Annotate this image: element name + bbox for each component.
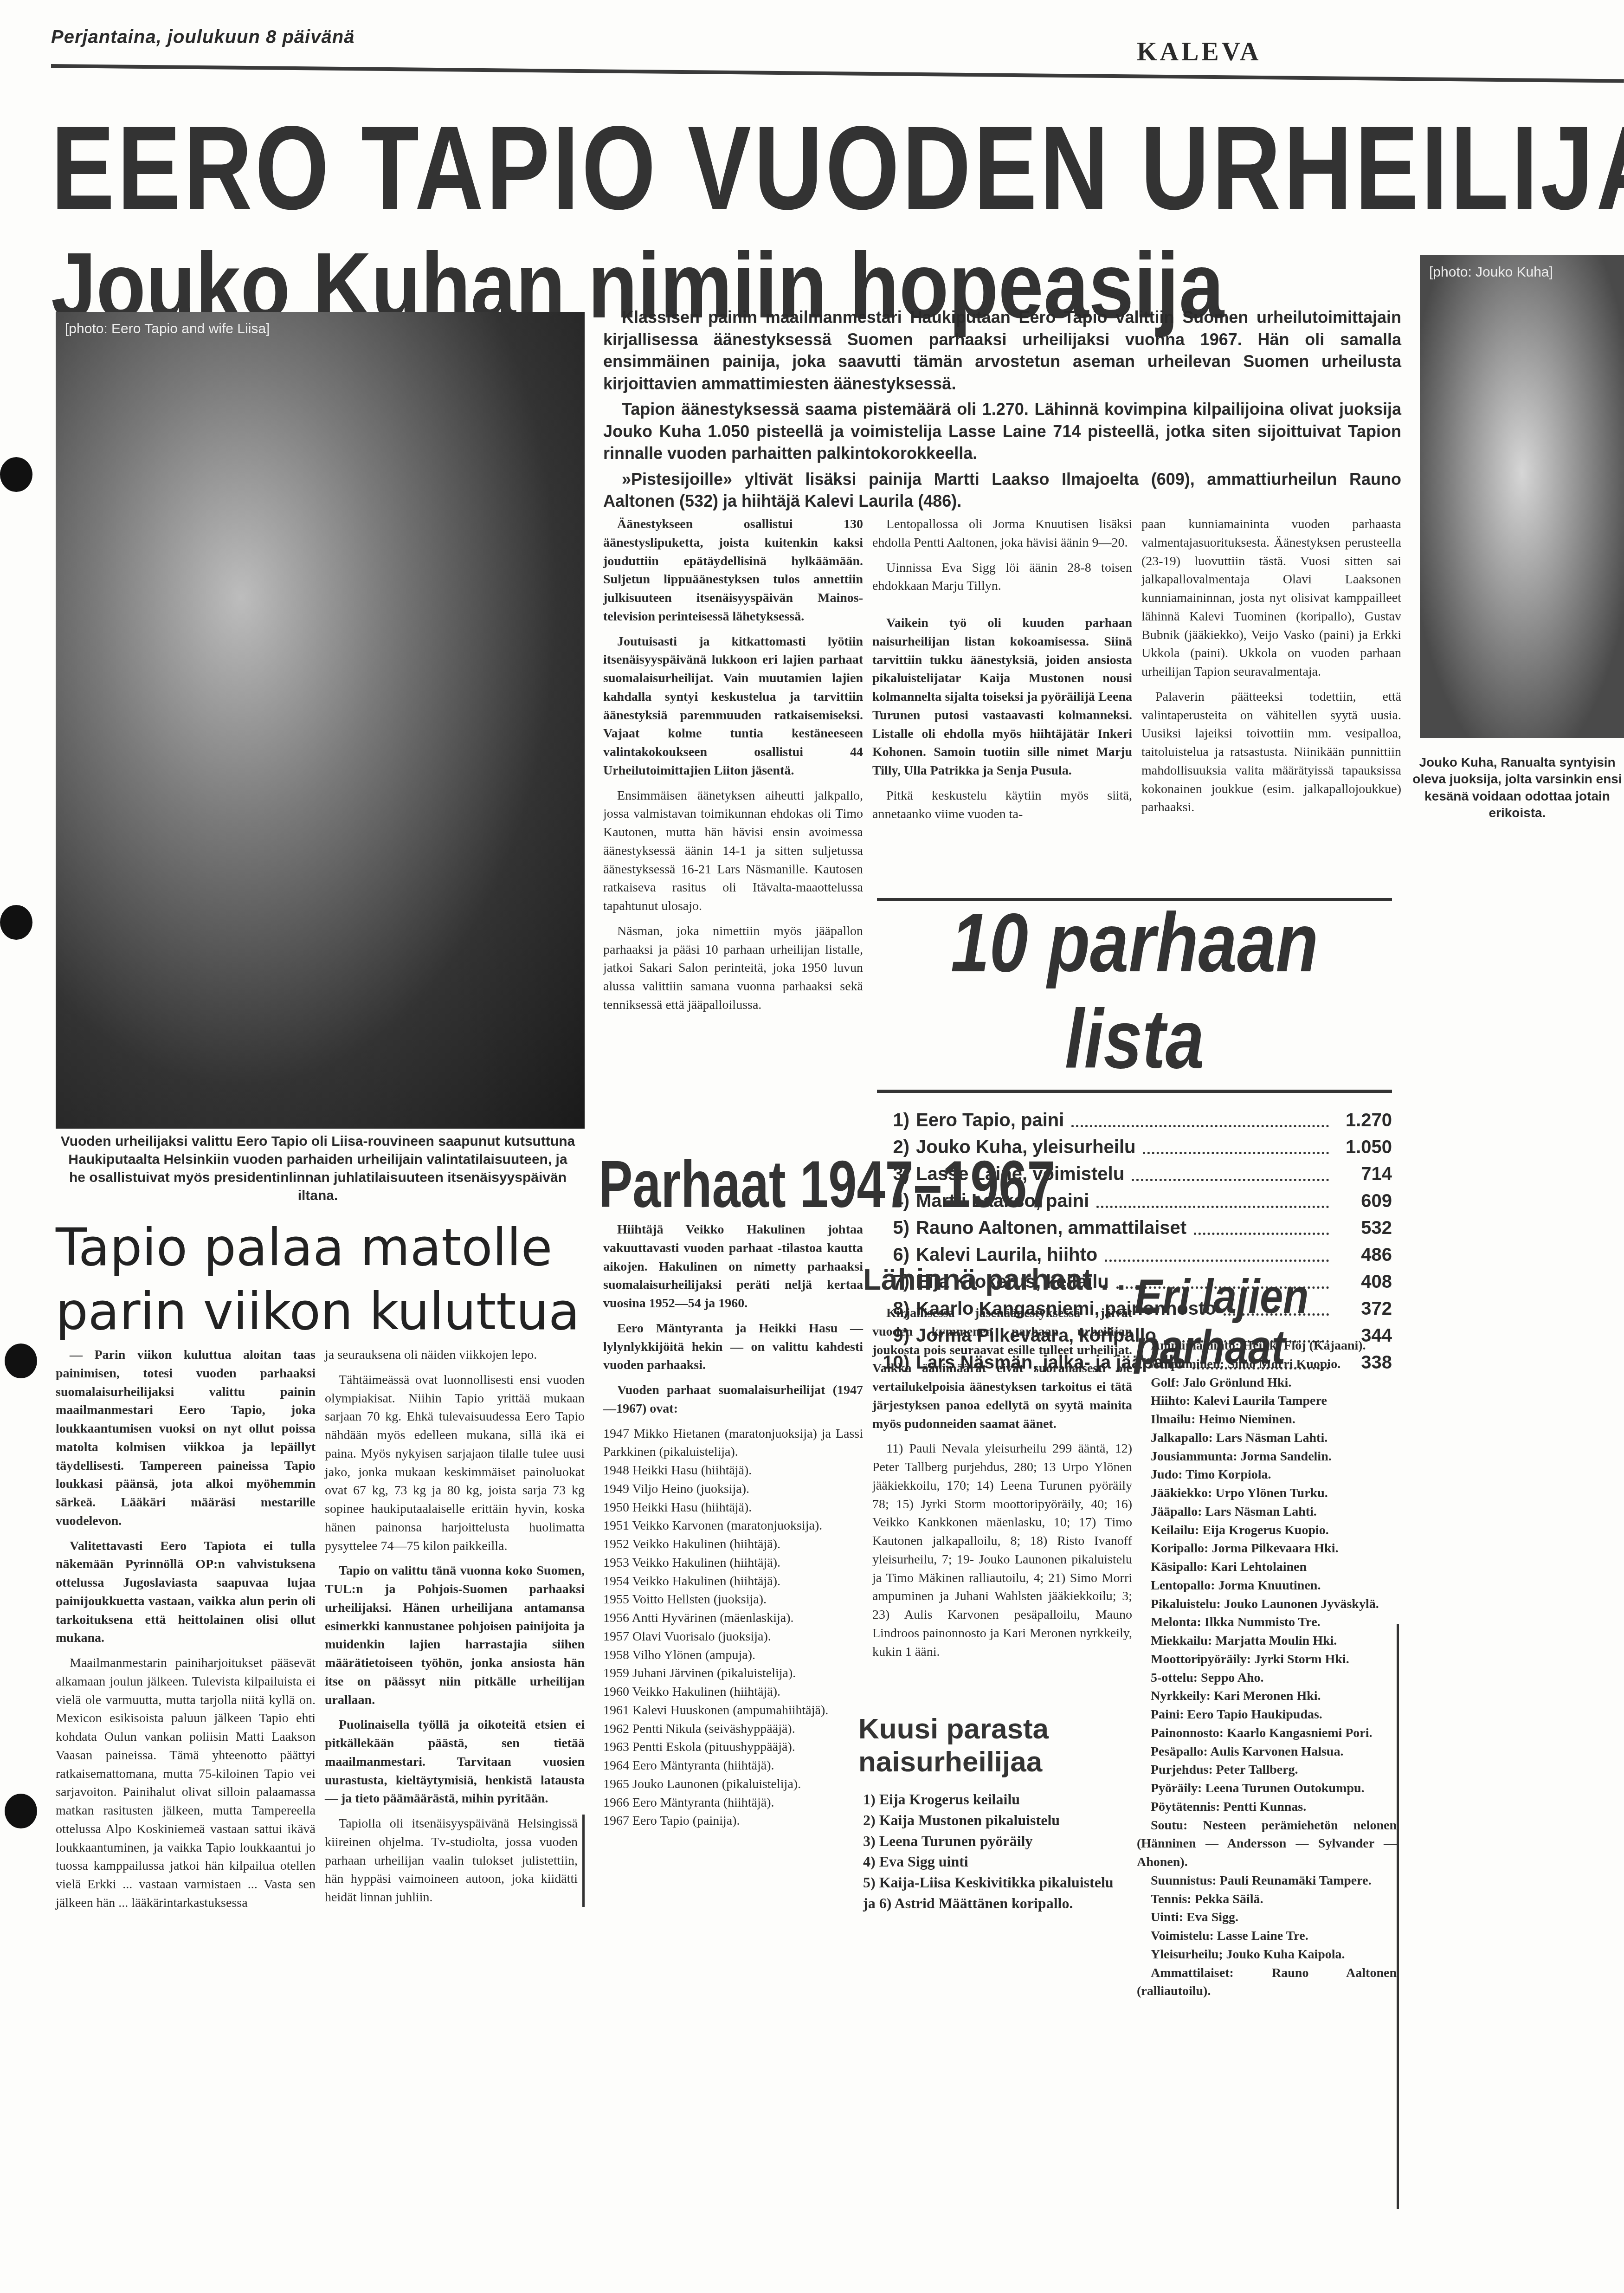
paragraph: Näsman, joka nimettiin myös jääpallon pa… (603, 922, 863, 1014)
list-item: Ampumahiihto: Heikki Flöj (Kajaani). (1137, 1337, 1397, 1355)
paragraph: Eero Mäntyranta ja Heikki Hasu — lylynly… (603, 1319, 863, 1375)
list-item: Paini: Eero Tapio Haukipudas. (1137, 1705, 1397, 1724)
list-item: Ammattilaiset: Rauno Aaltonen (ralliauto… (1137, 1964, 1397, 2001)
paragraph: Vuoden parhaat suomalaisurheilijat (1947… (603, 1381, 863, 1418)
year-list: 1947 Mikko Hietanen (maratonjuoksija) ja… (603, 1425, 863, 1831)
list-item: 3) Leena Turunen pyöräily (863, 1831, 1123, 1852)
body-column-3: paan kunniamaininta vuoden parhaasta val… (1141, 515, 1401, 823)
punch-hole (0, 457, 32, 492)
list-item: Jääpallo: Lars Näsman Lahti. (1137, 1503, 1397, 1521)
list-item: 1958 Vilho Ylönen (ampuja). (603, 1646, 863, 1665)
paragraph: Maailmanmestarin painiharjoitukset pääse… (56, 1654, 316, 1912)
paragraph: Äänestykseen osallistui 130 äänestyslipu… (603, 515, 863, 626)
list-item: Ilmailu: Heimo Nieminen. (1137, 1410, 1397, 1429)
lead-paragraph: Tapion äänestyksessä saama pistemäärä ol… (603, 398, 1401, 465)
article-headline: Tapio palaa matolle parin viikon kuluttu… (56, 1216, 580, 1344)
paragraph: ja seurauksena oli näiden viikkojen lepo… (325, 1346, 585, 1364)
list-item: Tennis: Pekka Säilä. (1137, 1890, 1397, 1909)
list-item: Miekkailu: Marjatta Moulin Hki. (1137, 1632, 1397, 1650)
list-item: Moottoripyöräily: Jyrki Storm Hki. (1137, 1650, 1397, 1669)
list-item: Jääkiekko: Urpo Ylönen Turku. (1137, 1484, 1397, 1503)
list-item: 1962 Pentti Nikula (seiväshyppääjä). (603, 1720, 863, 1738)
body-column-2: Lentopallossa oli Jorma Knuutisen lisäks… (872, 515, 1132, 830)
list-item: 1963 Pentti Eskola (pituushyppääjä). (603, 1738, 863, 1757)
women-list: 1) Eija Krogerus keilailu 2) Kaija Musto… (863, 1789, 1123, 1914)
body-column-1: Äänestykseen osallistui 130 äänestyslipu… (603, 515, 863, 1021)
top10-title: 10 parhaan lista (877, 894, 1392, 1087)
list-item: 1) Eija Krogerus keilailu (863, 1789, 1123, 1810)
paragraph: Uinnissa Eva Sigg löi äänin 28-8 toisen … (872, 559, 1132, 596)
list-item: 1955 Voitto Hellsten (juoksija). (603, 1590, 863, 1609)
list-item: Hiihto: Kalevi Laurila Tampere (1137, 1392, 1397, 1410)
list-item: Pöytätennis: Pentti Kunnas. (1137, 1798, 1397, 1816)
list-item: Ampuminen: Simo Morri Kuopio. (1137, 1355, 1397, 1374)
list-item: Jalkapallo: Lars Näsman Lahti. (1137, 1429, 1397, 1447)
list-item: Pesäpallo: Aulis Karvonen Halsua. (1137, 1743, 1397, 1761)
list-item: Soutu: Nesteen perämiehetön nelonen (Hän… (1137, 1816, 1397, 1872)
paragraph: Valitettavasti Eero Tapiota ei tulla näk… (56, 1537, 316, 1648)
list-item: 5) Kaija-Liisa Keskivitikka pikaluistelu… (863, 1872, 1123, 1914)
photo-jouko-kuha: [photo: Jouko Kuha] (1420, 255, 1624, 738)
lead-paragraph: »Pistesijoille» yltivät lisäksi painija … (603, 468, 1401, 512)
list-item: Keilailu: Eija Krogerus Kuopio. (1137, 1521, 1397, 1540)
list-item: 1)Eero Tapio, paini1.270 (877, 1107, 1392, 1134)
paragraph: Ensimmäisen äänetyksen aiheutti jalkpall… (603, 787, 863, 916)
list-item: Jousiammunta: Jorma Sandelin. (1137, 1447, 1397, 1466)
photo-main-label: [photo: Eero Tapio and wife Liisa] (56, 312, 585, 346)
paragraph: Puolinaisella työllä ja oikoteitä etsien… (325, 1716, 585, 1808)
column-rule (1397, 1624, 1399, 2209)
headline-line: Tapio palaa matolle (56, 1216, 580, 1280)
list-item: 1957 Olavi Vuorisalo (juoksija). (603, 1628, 863, 1646)
punch-hole (5, 1794, 37, 1828)
list-item: Suunnistus: Pauli Reunamäki Tampere. (1137, 1872, 1397, 1890)
section-title-parhaat: Parhaat 1947–1967 (599, 1146, 1056, 1223)
paragraph: Palaverin päätteeksi todettiin, että val… (1141, 688, 1401, 817)
eri-lajien-list: Ampumahiihto: Heikki Flöj (Kajaani). Amp… (1137, 1337, 1397, 2001)
boxed-paragraph: Tapiolla oli itsenäisyyspäivänä Helsingi… (325, 1815, 585, 1907)
paragraph: 11) Pauli Nevala yleisurheilu 299 ääntä,… (872, 1440, 1132, 1661)
lead-paragraph: Klassisen painin maailmanmestari Haukipu… (603, 306, 1401, 394)
paragraph: paan kunniamaininta vuoden parhaasta val… (1141, 515, 1401, 681)
paragraph: Vaikein työ oli kuuden parhaan naisurhei… (872, 614, 1132, 780)
punch-hole (0, 905, 32, 940)
punch-hole (5, 1344, 37, 1378)
dateline: Perjantaina, joulukuun 8 päivänä (51, 27, 354, 48)
photo-side-caption: Jouko Kuha, Ranualta syntyisin oleva juo… (1411, 754, 1624, 822)
list-item: Nyrkkeily: Kari Meronen Hki. (1137, 1687, 1397, 1705)
article-column-2: ja seurauksena oli näiden viikkojen lepo… (325, 1346, 585, 1913)
paragraph: Tähtäimeässä ovat luonnollisesti ensi vu… (325, 1371, 585, 1556)
paragraph: Tapio on valittu tänä vuonna koko Suomen… (325, 1562, 585, 1709)
paragraph: Kirjallisessa jäsenäänestyksessä jäivät … (872, 1304, 1132, 1433)
parhaat-column: Hiihtäjä Veikko Hakulinen johtaa vakuutt… (603, 1221, 863, 1830)
list-item: 1949 Viljo Heino (juoksija). (603, 1480, 863, 1499)
section-title-lahinna: Lähinnä parhaat . . . (863, 1262, 1142, 1297)
masthead: KALEVA (1137, 37, 1261, 67)
list-item: 1960 Veikko Hakulinen (hiihtäjä). (603, 1683, 863, 1701)
list-item: Uinti: Eva Sigg. (1137, 1908, 1397, 1927)
list-item: Painonnosto: Kaarlo Kangasniemi Pori. (1137, 1724, 1397, 1743)
list-item: Voimistelu: Lasse Laine Tre. (1137, 1927, 1397, 1945)
list-item: 1950 Heikki Hasu (hiihtäjä). (603, 1499, 863, 1517)
list-item: Pyöräily: Leena Turunen Outokumpu. (1137, 1779, 1397, 1798)
list-item: 1965 Jouko Launonen (pikaluistelija). (603, 1775, 863, 1794)
paragraph: — Parin viikon kuluttua aloitan taas pai… (56, 1346, 316, 1531)
list-item: Purjehdus: Peter Tallberg. (1137, 1761, 1397, 1779)
photo-main-caption: Vuoden urheilijaksi valittu Eero Tapio o… (60, 1132, 575, 1205)
photo-side-label: [photo: Jouko Kuha] (1420, 255, 1624, 290)
list-item: 1967 Eero Tapio (painija). (603, 1812, 863, 1830)
list-item: 1966 Eero Mäntyranta (hiihtäjä). (603, 1794, 863, 1812)
section-title-women: Kuusi parasta naisurheilijaa (858, 1712, 1118, 1779)
list-item: 1952 Veikko Hakulinen (hiihtäjä). (603, 1535, 863, 1554)
list-item: 1953 Veikko Hakulinen (hiihtäjä). (603, 1554, 863, 1572)
list-item: 2) Kaija Mustonen pikaluistelu (863, 1810, 1123, 1831)
paragraph: Pitkä keskustelu käytiin myös siitä, ann… (872, 787, 1132, 824)
list-item: Golf: Jalo Grönlund Hki. (1137, 1374, 1397, 1392)
list-item: 1956 Antti Hyvärinen (mäenlaskija). (603, 1609, 863, 1628)
paragraph: Hiihtäjä Veikko Hakulinen johtaa vakuutt… (603, 1221, 863, 1313)
list-item: Lentopallo: Jorma Knuutinen. (1137, 1576, 1397, 1595)
list-item: 1961 Kalevi Huuskonen (ampumahiihtäjä). (603, 1701, 863, 1720)
paragraph: Lentopallossa oli Jorma Knuutisen lisäks… (872, 515, 1132, 552)
headline-line: parin viikon kuluttua (56, 1280, 580, 1344)
list-item: 1947 Mikko Hietanen (maratonjuoksija) ja… (603, 1425, 863, 1462)
paragraph: Joutuisasti ja kitkattomasti lyötiin its… (603, 633, 863, 780)
list-item: 1964 Eero Mäntyranta (hiihtäjä). (603, 1757, 863, 1775)
list-item: 1948 Heikki Hasu (hiihtäjä). (603, 1461, 863, 1480)
divider (877, 1090, 1392, 1093)
list-item: Judo: Timo Korpiola. (1137, 1466, 1397, 1484)
list-item: 1959 Juhani Järvinen (pikaluistelija). (603, 1664, 863, 1683)
list-item: Koripallo: Jorma Pilkevaara Hki. (1137, 1539, 1397, 1558)
photo-eero-tapio: [photo: Eero Tapio and wife Liisa] (56, 312, 585, 1129)
lead-text: Klassisen painin maailmanmestari Haukipu… (603, 306, 1401, 516)
list-item: 1951 Veikko Karvonen (maratonjuoksija). (603, 1517, 863, 1535)
list-item: 5-ottelu: Seppo Aho. (1137, 1669, 1397, 1687)
list-item: 4) Eva Sigg uinti (863, 1851, 1123, 1872)
header-rule (51, 64, 1624, 83)
main-headline: EERO TAPIO VUODEN URHEILIJAKSI (51, 100, 1624, 237)
list-item: 1954 Veikko Hakulinen (hiihtäjä). (603, 1572, 863, 1591)
list-item: Pikaluistelu: Jouko Launonen Jyväskylä. (1137, 1595, 1397, 1614)
article-column-1: — Parin viikon kuluttua aloitan taas pai… (56, 1346, 316, 1919)
list-item: Melonta: Ilkka Nummisto Tre. (1137, 1613, 1397, 1632)
list-item: Käsipallo: Kari Lehtolainen (1137, 1558, 1397, 1576)
list-item: Yleisurheilu; Jouko Kuha Kaipola. (1137, 1945, 1397, 1964)
lahinna-column: Kirjallisessa jäsenäänestyksessä jäivät … (872, 1304, 1132, 1667)
